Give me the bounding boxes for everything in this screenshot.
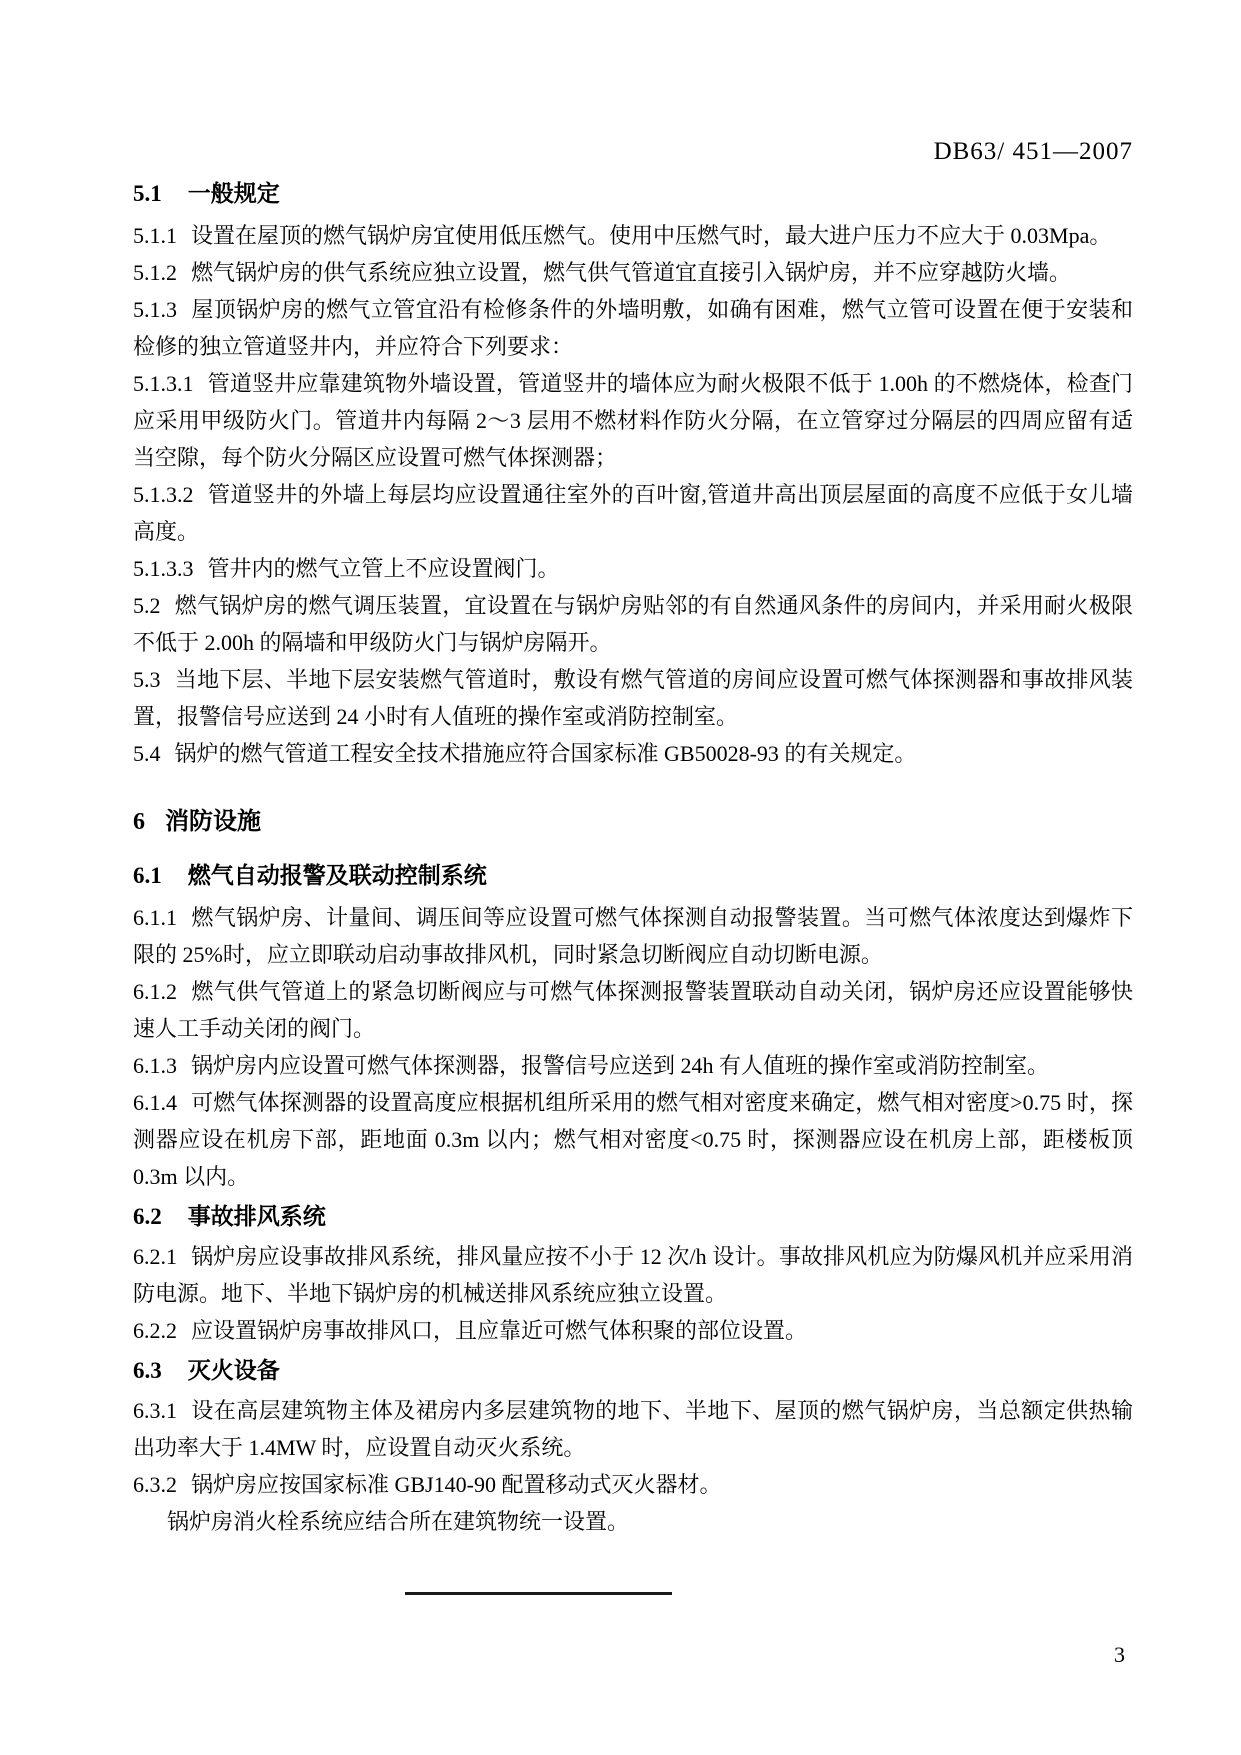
clause-5-2: 5.2燃气锅炉房的燃气调压装置，宜设置在与锅炉房贴邻的有自然通风条件的房间内，并… (133, 587, 1133, 661)
clause-5-4: 5.4锅炉的燃气管道工程安全技术措施应符合国家标准 GB50028-93 的有关… (133, 735, 1133, 772)
clause-text: 管井内的燃气立管上不应设置阀门。 (208, 556, 560, 581)
clause-number: 6.1.4 (133, 1090, 177, 1115)
clause-number: 6.3.2 (133, 1472, 177, 1497)
clause-text: 可燃气体探测器的设置高度应根据机组所采用的燃气相对密度来确定，燃气相对密度>0.… (133, 1090, 1133, 1189)
clause-number: 6.1.3 (133, 1053, 177, 1078)
clause-text: 屋顶锅炉房的燃气立管宜沿有检修条件的外墙明敷，如确有困难，燃气立管可设置在便于安… (133, 297, 1133, 359)
clause-number: 5.4 (133, 741, 161, 766)
clause-6-1-4: 6.1.4可燃气体探测器的设置高度应根据机组所采用的燃气相对密度来确定，燃气相对… (133, 1084, 1133, 1195)
clause-5-3: 5.3当地下层、半地下层安装燃气管道时，敷设有燃气管道的房间应设置可燃气体探测器… (133, 661, 1133, 735)
heading-title: 灭火设备 (188, 1357, 280, 1383)
heading-6-2: 6.2事故排风系统 (133, 1199, 1133, 1234)
clause-5-1-1: 5.1.1设置在屋顶的燃气锅炉房宜使用低压燃气。使用中压燃气时，最大进户压力不应… (133, 217, 1133, 254)
clause-number: 6.1 (133, 863, 162, 888)
clause-number: 6.1.2 (133, 979, 177, 1004)
document-page: { "header": { "doc_code": "DB63/ 451—200… (0, 0, 1241, 1755)
clause-number: 6 (133, 809, 145, 835)
clause-number: 5.1.3.1 (133, 371, 194, 396)
clause-text: 锅炉房应按国家标准 GBJ140-90 配置移动式灭火器材。 (191, 1472, 721, 1497)
clause-number: 5.2 (133, 593, 161, 618)
document-body: 5.1一般规定 5.1.1设置在屋顶的燃气锅炉房宜使用低压燃气。使用中压燃气时，… (133, 176, 1133, 1595)
doc-code-header: DB63/ 451—2007 (133, 138, 1133, 166)
clause-text: 燃气锅炉房的燃气调压装置，宜设置在与锅炉房贴邻的有自然通风条件的房间内，并采用耐… (133, 593, 1133, 655)
clause-6-1-1: 6.1.1燃气锅炉房、计量间、调压间等应设置可燃气体探测自动报警装置。当可燃气体… (133, 899, 1133, 973)
clause-6-3-2-continuation: 锅炉房消火栓系统应结合所在建筑物统一设置。 (133, 1503, 1133, 1540)
clause-number: 6.2.2 (133, 1318, 177, 1343)
clause-text: 管道竖井的外墙上每层均应设置通往室外的百叶窗,管道井高出顶层屋面的高度不应低于女… (133, 482, 1133, 544)
page-number: 3 (133, 1642, 1133, 1668)
clause-text: 燃气锅炉房、计量间、调压间等应设置可燃气体探测自动报警装置。当可燃气体浓度达到爆… (133, 905, 1133, 967)
heading-6: 6消防设施 (133, 802, 1133, 842)
clause-text: 燃气锅炉房的供气系统应独立设置，燃气供气管道宜直接引入锅炉房，并不应穿越防火墙。 (191, 260, 1071, 285)
clause-6-3-1: 6.3.1设在高层建筑物主体及裙房内多层建筑物的地下、半地下、屋顶的燃气锅炉房，… (133, 1392, 1133, 1466)
page-number-value: 3 (1114, 1642, 1125, 1667)
clause-5-1-3-1: 5.1.3.1管道竖井应靠建筑物外墙设置，管道竖井的墙体应为耐火极限不低于 1.… (133, 365, 1133, 476)
doc-code: DB63/ 451—2007 (934, 138, 1133, 165)
clause-text: 锅炉房内应设置可燃气体探测器，报警信号应送到 24h 有人值班的操作室或消防控制… (191, 1053, 1049, 1078)
clause-text: 应设置锅炉房事故排风口，且应靠近可燃气体积聚的部位设置。 (191, 1318, 807, 1343)
clause-text: 锅炉房应设事故排风系统，排风量应按不小于 12 次/h 设计。事故排风机应为防爆… (133, 1244, 1133, 1306)
heading-6-1: 6.1燃气自动报警及联动控制系统 (133, 858, 1133, 893)
clause-number: 5.1.1 (133, 223, 177, 248)
clause-number: 5.1.2 (133, 260, 177, 285)
heading-title: 消防设施 (165, 808, 261, 835)
heading-title: 燃气自动报警及联动控制系统 (188, 862, 487, 888)
clause-5-1-3-3: 5.1.3.3管井内的燃气立管上不应设置阀门。 (133, 550, 1133, 587)
clause-number: 5.3 (133, 667, 161, 692)
clause-6-3-2: 6.3.2锅炉房应按国家标准 GBJ140-90 配置移动式灭火器材。 (133, 1466, 1133, 1503)
clause-number: 5.1.3.2 (133, 482, 194, 507)
heading-5-1: 5.1一般规定 (133, 176, 1133, 211)
clause-number: 5.1.3 (133, 297, 177, 322)
clause-6-2-1: 6.2.1锅炉房应设事故排风系统，排风量应按不小于 12 次/h 设计。事故排风… (133, 1238, 1133, 1312)
clause-text: 燃气供气管道上的紧急切断阀应与可燃气体探测报警装置联动自动关闭，锅炉房还应设置能… (133, 979, 1133, 1041)
heading-title: 一般规定 (188, 180, 280, 206)
clause-6-2-2: 6.2.2应设置锅炉房事故排风口，且应靠近可燃气体积聚的部位设置。 (133, 1312, 1133, 1349)
clause-5-1-3-2: 5.1.3.2管道竖井的外墙上每层均应设置通往室外的百叶窗,管道井高出顶层屋面的… (133, 476, 1133, 550)
clause-5-1-2: 5.1.2燃气锅炉房的供气系统应独立设置，燃气供气管道宜直接引入锅炉房，并不应穿… (133, 254, 1133, 291)
clause-number: 6.1.1 (133, 905, 177, 930)
clause-number: 6.2 (133, 1204, 162, 1229)
clause-number: 5.1 (133, 181, 162, 206)
heading-title: 事故排风系统 (188, 1203, 326, 1229)
end-of-text-rule (405, 1592, 672, 1595)
clause-6-1-2: 6.1.2燃气供气管道上的紧急切断阀应与可燃气体探测报警装置联动自动关闭，锅炉房… (133, 973, 1133, 1047)
clause-6-1-3: 6.1.3锅炉房内应设置可燃气体探测器，报警信号应送到 24h 有人值班的操作室… (133, 1047, 1133, 1084)
clause-number: 6.3.1 (133, 1398, 177, 1423)
clause-5-1-3: 5.1.3屋顶锅炉房的燃气立管宜沿有检修条件的外墙明敷，如确有困难，燃气立管可设… (133, 291, 1133, 365)
clause-text: 管道竖井应靠建筑物外墙设置，管道竖井的墙体应为耐火极限不低于 1.00h 的不燃… (133, 371, 1133, 470)
clause-text: 设置在屋顶的燃气锅炉房宜使用低压燃气。使用中压燃气时，最大进户压力不应大于 0.… (191, 223, 1111, 248)
clause-text: 锅炉的燃气管道工程安全技术措施应符合国家标准 GB50028-93 的有关规定。 (175, 741, 917, 766)
clause-text: 锅炉房消火栓系统应结合所在建筑物统一设置。 (167, 1509, 629, 1534)
clause-number: 6.2.1 (133, 1244, 177, 1269)
heading-6-3: 6.3灭火设备 (133, 1353, 1133, 1388)
clause-text: 当地下层、半地下层安装燃气管道时，敷设有燃气管道的房间应设置可燃气体探测器和事故… (133, 667, 1133, 729)
clause-number: 6.3 (133, 1358, 162, 1383)
clause-number: 5.1.3.3 (133, 556, 194, 581)
clause-text: 设在高层建筑物主体及裙房内多层建筑物的地下、半地下、屋顶的燃气锅炉房，当总额定供… (133, 1398, 1133, 1460)
